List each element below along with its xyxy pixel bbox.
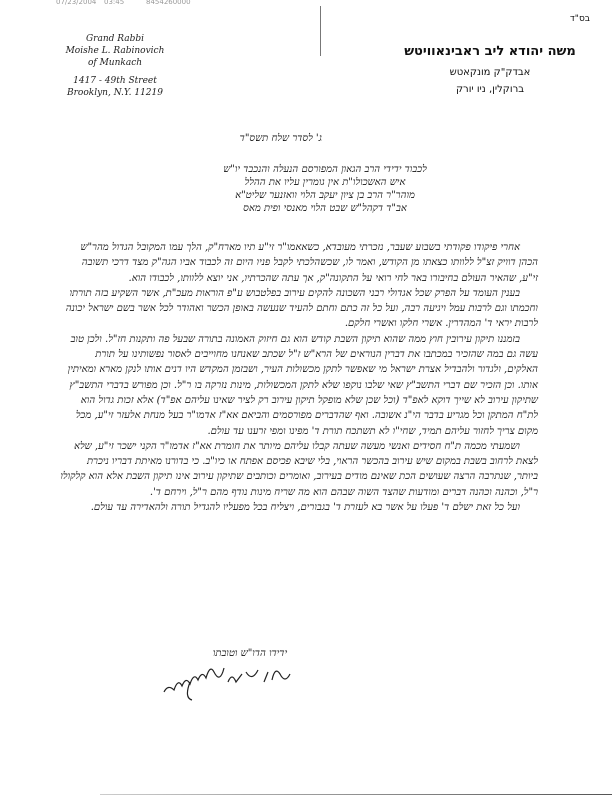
letterhead-he-title: אבדק"ק מונקאטש	[400, 67, 580, 78]
address-line: אב"ד דקהל"ש שבט הלוי מאנסי ופית מאס	[160, 202, 490, 215]
body-paragraph: בענין העומד על הפרק שכל אגדולי רבני השכו…	[60, 286, 538, 332]
fax-number: 8454260000	[146, 0, 191, 6]
letterhead-of: of Munkach	[55, 57, 175, 69]
address-line: איש האשכולו"ת אין גומרין עליו את ההלל	[160, 176, 490, 189]
recipient-address: לכבוד ידידי הרב הגאון המפורסם הנעלה והנכ…	[160, 163, 490, 215]
body-paragraph: בזמננו תיקון עירובין חוץ ממה שהוא תיקון …	[60, 332, 538, 439]
fold-line	[320, 6, 321, 56]
letterhead-english: Grand Rabbi Moishe L. Rabinovich of Munk…	[55, 33, 175, 99]
fax-header-strip: 07/23/2004 03:45 8454260000	[0, 0, 612, 8]
address-line: מוהר"ר הרב בן ציון יעקב הלוי וואזנער שלי…	[160, 189, 490, 202]
closing-line: ידידו הדו"ש וטובתו	[200, 648, 300, 659]
letterhead-name: Moishe L. Rabinovich	[55, 45, 175, 57]
letterhead-street: 1417 - 49th Street	[55, 75, 175, 87]
letter-body: אחרי פיקודו פקודתי בשבוע שעבר, נזכרתי מע…	[60, 240, 538, 515]
body-paragraph: אחרי פיקודו פקודתי בשבוע שעבר, נזכרתי מע…	[60, 240, 538, 286]
fax-time: 03:45	[104, 0, 124, 6]
signature	[150, 664, 300, 704]
body-paragraph: ושמעתי מכמה ת"ח חסידים ואנשי מעשה שעתה ק…	[60, 439, 538, 500]
corner-mark: בס"ד	[570, 14, 590, 24]
body-paragraph: ועל כל זאת ישלם ד' פעלו על אשר בא לעזרת …	[60, 500, 538, 515]
letterhead-he-name: משה יהודא ליב ראבינאוויטש	[400, 44, 580, 59]
letterhead-city: Brooklyn, N.Y. 11219	[55, 87, 175, 99]
letterhead-he-city: ברוקלין, ניו יורק	[400, 84, 580, 95]
letterhead-title: Grand Rabbi	[55, 33, 175, 45]
letter-date: ג' לסדר שלח תשס"ד	[240, 133, 322, 144]
letterhead-hebrew: משה יהודא ליב ראבינאוויטש אבדק"ק מונקאטש…	[400, 44, 580, 101]
fax-date: 07/23/2004	[56, 0, 96, 6]
page-edge	[100, 794, 612, 795]
address-line: לכבוד ידידי הרב הגאון המפורסם הנעלה והנכ…	[160, 163, 490, 176]
